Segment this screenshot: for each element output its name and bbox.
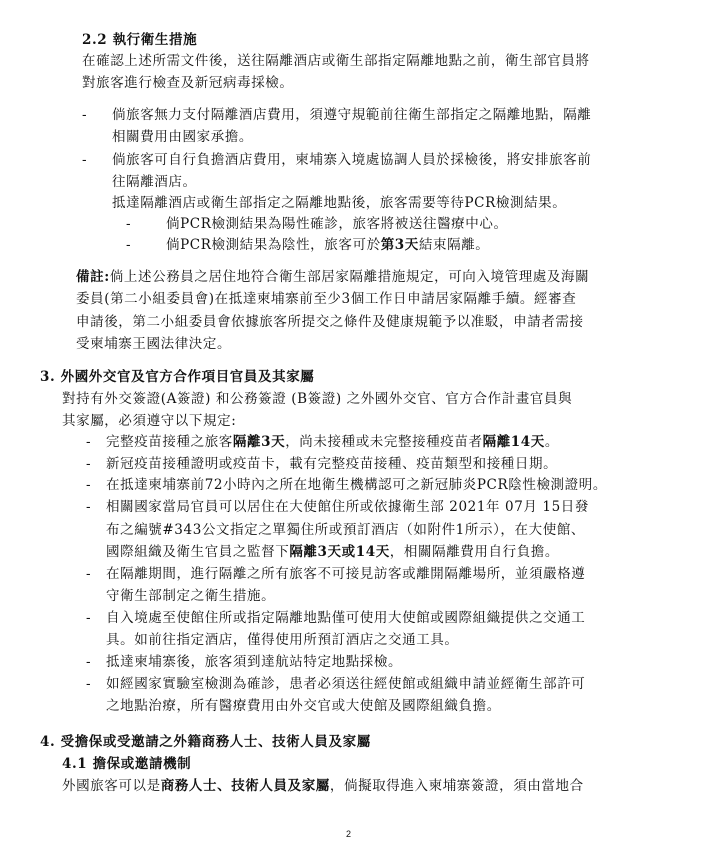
bullet-line: 抵達柬埔寨後，旅客須到達航站特定地點採檢。	[106, 653, 402, 671]
text: 完整疫苗接種之旅客	[106, 434, 233, 450]
bullet-dash: -	[126, 236, 131, 254]
text: ，相關隔離費用自行負擔。	[390, 544, 559, 560]
bullet-dash: -	[86, 565, 91, 583]
bold-text: 隔離3天或14天	[289, 544, 389, 560]
text: 倘上述公務員之居住地符合衛生部居家隔離措施規定，可向入境管理處及海關	[110, 269, 589, 285]
bullet-line: 相關費用由國家承擔。	[112, 128, 253, 146]
bold-text: 第3天	[381, 237, 419, 253]
note-line: 受柬埔寨王國法律決定。	[76, 335, 231, 353]
bullet-dash: -	[86, 476, 91, 494]
text: 倘PCR檢測結果為陰性，旅客可於	[166, 237, 381, 253]
bullet-line: 相關國家當局官員可以居住在大使館住所或依據衛生部 2021年 07月 15日發	[106, 498, 589, 516]
text: 外國旅客可以是	[62, 778, 161, 794]
note-line: 備註:倘上述公務員之居住地符合衛生部居家隔離措施規定，可向入境管理處及海關	[76, 268, 589, 286]
note-line: 委員(第二小組委員會)在抵達柬埔寨前至少3個工作日申請居家隔離手續。經審查	[76, 290, 576, 308]
bullet-dash: -	[86, 609, 91, 627]
bullet-line: 自入境處至使館住所或指定隔離地點僅可使用大使館或國際組織提供之交通工	[106, 609, 585, 627]
bold-text: 隔離14天	[483, 434, 545, 450]
text: 國際組織及衛生官員之監督下	[106, 544, 289, 560]
bullet-line: 具。如前往指定酒店，僅得使用所預訂酒店之交通工具。	[106, 631, 459, 649]
bullet-dash: -	[82, 106, 87, 124]
bold-text: 商務人士、技術人員及家屬	[161, 778, 330, 794]
paragraph-line: 在確認上述所需文件後，送往隔離酒店或衛生部指定隔離地點之前，衛生部官員將	[82, 52, 590, 70]
bullet-line: 完整疫苗接種之旅客隔離3天，尚未接種或未完整接種疫苗者隔離14天。	[106, 433, 559, 451]
section-2-2-heading: 2.2 執行衛生措施	[82, 31, 197, 49]
bullet-line: 新冠疫苗接種證明或疫苗卡，載有完整疫苗接種、疫苗類型和接種日期。	[106, 455, 557, 473]
bullet-dash: -	[86, 675, 91, 693]
bullet-dash: -	[126, 215, 131, 233]
bullet-line: 如經國家實驗室檢測為確診，患者必須送往經使館或組織申請並經衛生部許可	[106, 675, 585, 693]
text: 結束隔離。	[419, 237, 490, 253]
section-4-heading: 4. 受擔保或受邀請之外籍商務人士、技術人員及家屬	[40, 733, 371, 751]
note-label: 備註:	[76, 269, 110, 285]
bullet-line: 在抵達柬埔寨前72小時內之所在地衛生機構認可之新冠肺炎PCR陰性檢測證明。	[106, 476, 607, 494]
text: ，尚未接種或未完整接種疫苗者	[285, 434, 482, 450]
text: ，倘擬取得進入柬埔寨簽證，須由當地合	[330, 778, 584, 794]
bullet-line: 倘PCR檢測結果為陽性確診，旅客將被送往醫療中心。	[166, 215, 508, 233]
bullet-line: 倘旅客無力支付隔離酒店費用，須遵守規範前往衛生部指定之隔離地點，隔離	[112, 106, 591, 124]
section-4-1-heading: 4.1 擔保或邀請機制	[62, 755, 191, 773]
bullet-line: 倘PCR檢測結果為陰性，旅客可於第3天結束隔離。	[166, 236, 489, 254]
bullet-line: 布之編號#343公文指定之單獨住所或預訂酒店（如附件1所示），在大使館、	[106, 521, 585, 539]
bullet-dash: -	[86, 455, 91, 473]
note-line: 申請後，第二小組委員會依據旅客所提交之條件及健康規範予以准駁，申請者需接	[76, 313, 584, 331]
section-3-heading: 3. 外國外交官及官方合作項目官員及其家屬	[40, 368, 314, 386]
text: 。	[545, 434, 559, 450]
bullet-dash: -	[86, 498, 91, 516]
bullet-line: 之地點治療，所有醫療費用由外交官或大使館及國際組織負擔。	[106, 697, 501, 715]
bullet-line: 在隔離期間，進行隔離之所有旅客不可接見訪客或離開隔離場所，並須嚴格遵	[106, 565, 585, 583]
bold-text: 隔離3天	[233, 434, 285, 450]
page-number: 2	[346, 829, 351, 839]
bullet-line: 往隔離酒店。	[112, 173, 197, 191]
bullet-dash: -	[86, 433, 91, 451]
paragraph-line: 對持有外交簽證(A簽證) 和公務簽證 (B簽證) 之外國外交官、官方合作計畫官員…	[62, 390, 572, 408]
bullet-dash: -	[86, 653, 91, 671]
paragraph-line: 對旅客進行檢查及新冠病毒採檢。	[82, 74, 294, 92]
bullet-line: 國際組織及衛生官員之監督下隔離3天或14天，相關隔離費用自行負擔。	[106, 543, 559, 561]
bullet-dash: -	[82, 151, 87, 169]
paragraph-line: 外國旅客可以是商務人士、技術人員及家屬，倘擬取得進入柬埔寨簽證，須由當地合	[62, 777, 584, 795]
bullet-line: 倘旅客可自行負擔酒店費用，柬埔寨入境處協調人員於採檢後，將安排旅客前	[112, 151, 591, 169]
paragraph-line: 其家屬，必須遵守以下規定:	[62, 412, 236, 430]
bullet-line: 守衛生部制定之衛生措施。	[106, 587, 275, 605]
paragraph-line: 抵達隔離酒店或衛生部指定之隔離地點後，旅客需要等待PCR檢測結果。	[112, 194, 566, 212]
